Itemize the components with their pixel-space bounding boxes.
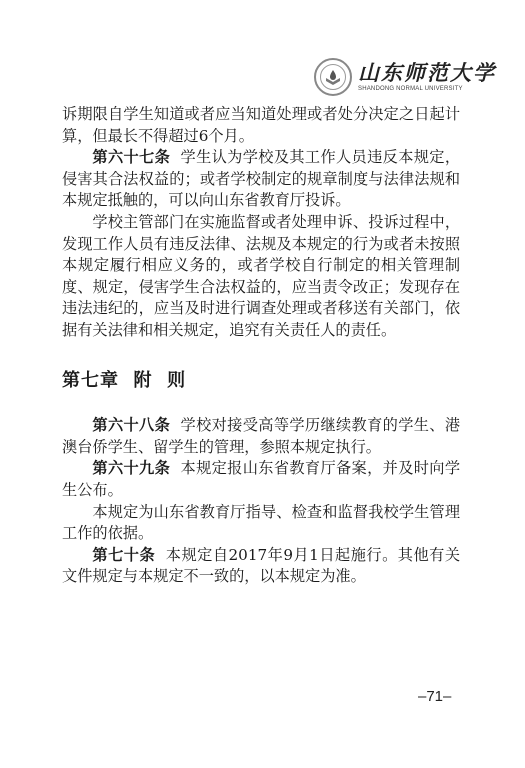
paragraph: 诉期限自学生知道或者应当知道处理或者处分决定之日起计算，但最长不得超过6个月。 [62, 104, 460, 147]
paragraph: 本规定为山东省教育厅指导、检查和监督我校学生管理工作的依据。 [62, 502, 460, 545]
paragraph: 第六十七条 学生认为学校及其工作人员违反本规定，侵害其合法权益的；或者学校制定的… [62, 147, 460, 212]
university-logo: 山东师范大学 SHANDONG NORMAL UNIVERSITY [314, 58, 496, 96]
article-number: 第七十条 [92, 546, 155, 564]
paragraph: 第六十八条 学校对接受高等学历继续教育的学生、港澳台侨学生、留学生的管理，参照本… [62, 415, 460, 458]
article-number: 第六十八条 [92, 416, 170, 434]
paragraph: 第七十条 本规定自2017年9月1日起施行。其他有关文件规定与本规定不一致的，以… [62, 545, 460, 588]
page-number: –71– [418, 688, 451, 705]
paragraph: 第六十九条 本规定报山东省教育厅备案，并及时向学生公布。 [62, 458, 460, 501]
paragraph-text: 学校主管部门在实施监督或者处理申诉、投诉过程中，发现工作人员有违反法律、法规及本… [62, 213, 460, 339]
chapter-title: 第七章 附 则 [62, 370, 460, 392]
article-number: 第六十九条 [92, 459, 170, 477]
article-number: 第六十七条 [92, 148, 170, 166]
paragraph: 学校主管部门在实施监督或者处理申诉、投诉过程中，发现工作人员有违反法律、法规及本… [62, 212, 460, 342]
logo-chinese-name: 山东师范大学 [358, 61, 496, 85]
document-body: 诉期限自学生知道或者应当知道处理或者处分决定之日起计算，但最长不得超过6个月。 … [62, 104, 460, 588]
logo-english-name: SHANDONG NORMAL UNIVERSITY [358, 85, 496, 93]
paragraph-text: 本规定为山东省教育厅指导、检查和监督我校学生管理工作的依据。 [62, 503, 460, 543]
paragraph-text: 诉期限自学生知道或者应当知道处理或者处分决定之日起计算，但最长不得超过6个月。 [62, 105, 460, 145]
university-emblem-icon [314, 58, 352, 96]
